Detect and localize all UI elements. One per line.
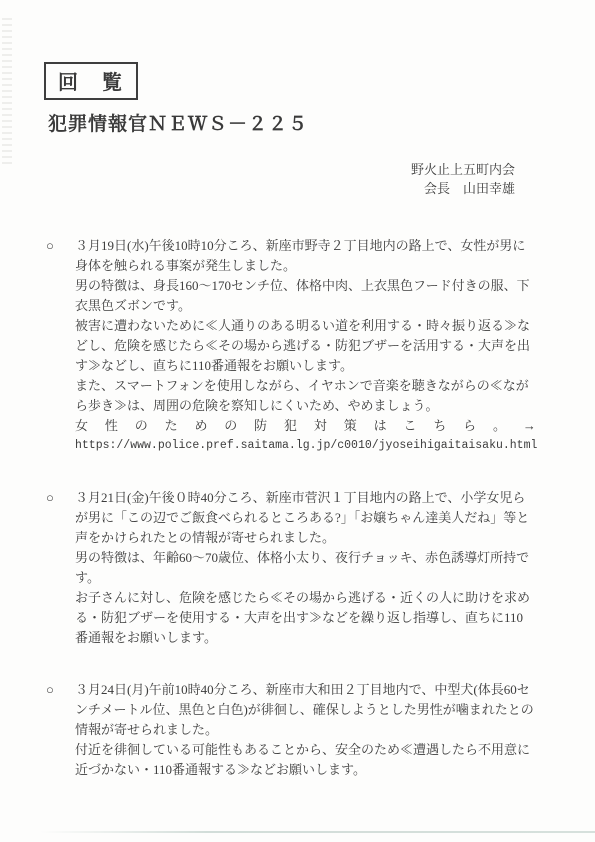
police-url-text: https://www.police.pref.saitama.lg.jp/c0… [75, 436, 536, 456]
justified-info-line: 女性のための防犯対策はこちら。→ [75, 416, 536, 436]
incident-paragraph: 被害に遭わないために≪人通りのある明るい道を利用する・時々振り返る≫などし、危険… [75, 316, 536, 376]
incident-paragraph: ３月21日(金)午後０時40分ころ、新座市菅沢１丁目地内の路上で、小学女児らが男… [75, 488, 536, 548]
incident-paragraph: 男の特徴は、年齢60～70歳位、体格小太り、夜行チョッキ、赤色誘導灯所持です。 [75, 548, 536, 588]
sender-representative: 会長 山田幸雄 [46, 179, 515, 198]
incident-paragraph: ３月19日(水)午後10時10分ころ、新座市野寺２丁目地内の路上で、女性が男に身… [75, 236, 536, 276]
sender-block: 野火止上五町内会 会長 山田幸雄 [46, 160, 551, 198]
incident-paragraph: お子さんに対し、危険を感じたら≪その場から逃げる・近くの人に助けを求める・防犯ブ… [75, 588, 536, 648]
scan-artifact-line [40, 831, 595, 833]
incident-section-stray-dog: ○ ３月24日(月)午前10時40分ころ、新座市大和田２丁目地内で、中型犬(体長… [46, 680, 536, 780]
incident-paragraph: ３月24日(月)午前10時40分ころ、新座市大和田２丁目地内で、中型犬(体長60… [75, 680, 536, 740]
incident-paragraph: また、スマートフォンを使用しながら、イヤホンで音楽を聴きながらの≪ながら歩き≫は… [75, 376, 536, 416]
document-title: 犯罪情報官ＮＥＷＳ－２２５ [48, 112, 551, 138]
scan-artifact-smudge [2, 18, 12, 168]
circle-bullet-icon: ○ [46, 488, 54, 508]
incident-paragraph: 付近を徘徊している可能性もあることから、安全のため≪遭遇したら不用意に近づかない… [75, 740, 536, 780]
circulation-stamp-label: 回 覧 [58, 72, 124, 94]
circulation-stamp-box: 回 覧 [44, 62, 138, 100]
incident-section-suspicious-man: ○ ３月21日(金)午後０時40分ころ、新座市菅沢１丁目地内の路上で、小学女児ら… [46, 488, 536, 648]
scanned-document-page: 回 覧 犯罪情報官ＮＥＷＳ－２２５ 野火止上五町内会 会長 山田幸雄 ○ ３月1… [0, 0, 595, 842]
circle-bullet-icon: ○ [46, 236, 54, 256]
incident-paragraph: 男の特徴は、身長160～170センチ位、体格中肉、上衣黒色フード付きの服、下衣黒… [75, 276, 536, 316]
circle-bullet-icon: ○ [46, 680, 54, 700]
sender-organization: 野火止上五町内会 [46, 160, 515, 179]
incident-section-groping: ○ ３月19日(水)午後10時10分ころ、新座市野寺２丁目地内の路上で、女性が男… [46, 236, 536, 456]
